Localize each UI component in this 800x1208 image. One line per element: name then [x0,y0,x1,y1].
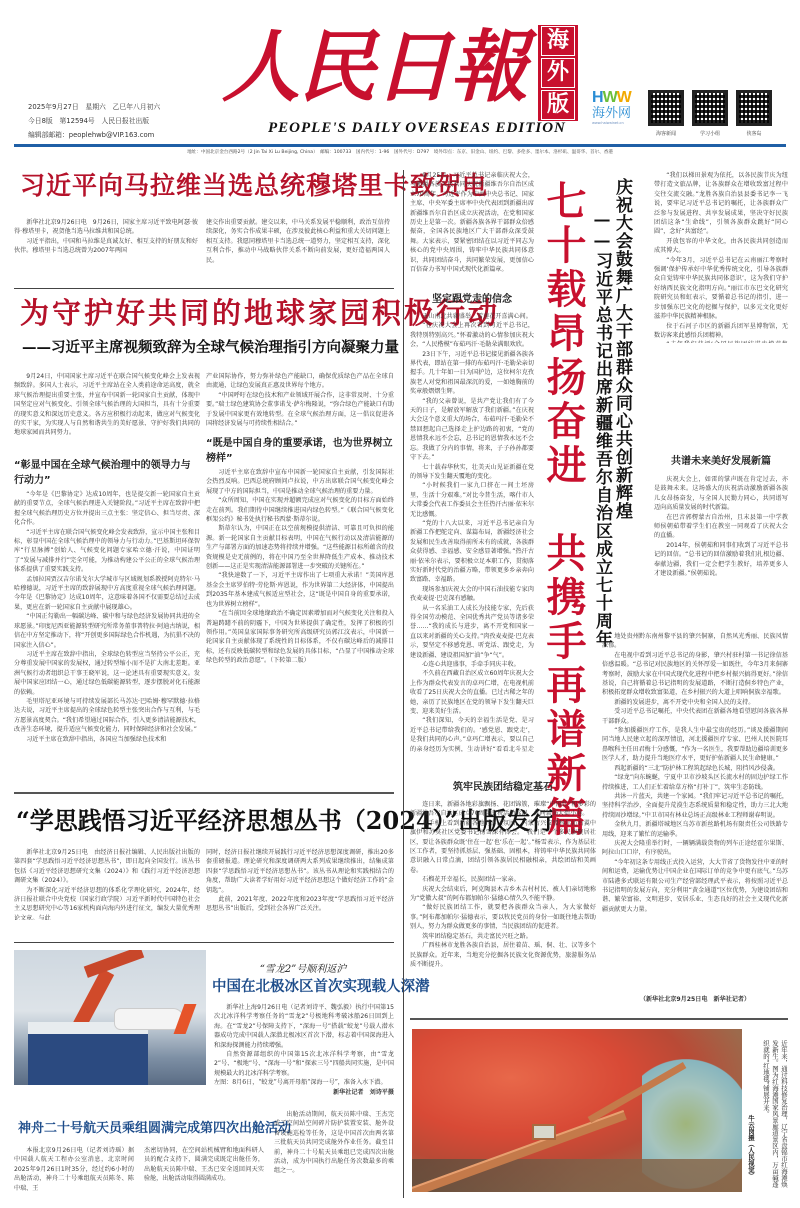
shenzhou-col1: 本报北京9月26日电（记者刘诗瑶）据中国载人航天工程办公室消息，北京时间2025… [14,1146,134,1202]
paragraph: 位于石河子市区的新疆兵团军垦博物馆，无数访客来此感悟兵团精神。 [654,322,788,341]
column-divider [403,170,404,1198]
headline-arctic: 中国在北极冰区首次实现载人深潜 [212,975,394,996]
paragraph: 在巴音郭楞蒙古自治州，且末县第一中学教师侯朝茹带着学生们在教室一同观看了庆祝大会… [654,513,788,541]
hww-url: www.haiwainet.cn [592,121,644,125]
issue-line: 今日8版 第12594号 人民日报社出版 [28,114,160,128]
divider [14,288,394,289]
arctic-photo-caption: 左图：8月6日，“蛟龙”号离开母船“深海一号”，准备入水下潜。 [214,1078,394,1088]
climate-col1-body: “今年是《巴黎协定》达成10周年，也是提交新一轮国家自主贡献的重要节点，全球气候… [14,490,200,786]
malawi-col2: 建交作出重要贡献。建交以来，中马关系发展平稳顺利，政治互信持续深化，务实合作成果… [206,218,390,270]
malawi-col1: 新华社北京9月26日电 9月26日，国家主席习近平致电阿瑟·彼得·穆塔里卡，祝贺… [14,218,198,270]
qr-label: 侠客岛 [734,130,774,137]
wetland-caption: 近年来，通过科技修复治理，辽宁省盘锦市红海滩焕发新生。图为红海滩国家风景廊道景区… [750,1040,788,1190]
paragraph: “今年初这条专用线正式投入运营，大大节省了货物发往中亚的时间和运费，运输优势让中… [602,858,788,914]
caption-text: 近年来，通过科技修复治理，辽宁省盘锦市红海滩焕发新生。图为红海滩国家风景廊道景区… [762,1040,788,1187]
paragraph: “党的十八大以来，习近平总书记亲自为新疆工作把舵定向、谋篇布局，新疆经济社会发展… [410,519,534,585]
paragraph: 石榴花开幸福长，民族团结一家亲。 [410,875,596,884]
paragraph: “我的父亲曾说，是共产党让我们有了今天的日子，是解放军解放了我们新疆。”在庆祝大… [410,397,534,463]
paragraph: 新华社上海9月26日电（记者刘诗平、魏弘毅）执行中国第15次北冰洋科学考察任务的… [214,1003,394,1050]
xinjiang-col2-top: “我们以梯田景观为依托，以各民族节庆为纽带打造文旅品牌，让各族群众在增收致富过程… [654,171,788,343]
climate-section2-title: “既是中国自身的重要承诺，也为世界树立榜样” [206,436,394,466]
qr-code-icon[interactable] [692,90,728,126]
edition-char: 海 [541,26,575,56]
paragraph: “绿龙”向东蜿蜒，宁夏中卫市沙坡头区长流水村的固边护绿工作持续推进，工人们正忙着… [602,773,788,792]
photo-detail [28,1022,148,1085]
paragraph: 斯蒂尔认为，中国正在以空前规模提供清洁、可靠且可负担的能源。新一轮国家自主贡献目… [206,524,394,571]
overseas-edition-badge: 海 外 版 [538,25,578,121]
edition-char: 外 [541,58,575,88]
xinjiang-section2-title: 筑牢民族团结稳定基石 [410,780,596,795]
xinjiang-col1-bottom: 连日来，新疆各地彩旗飘扬、花团锦簇，璀璨“中国红”和多彩的新疆维吾尔自治区成立7… [410,800,596,1008]
paragraph: 金秋九月，新疆塔城地区乌苏市新丝路机场有限责任公司铁路专用线，迎来了繁忙的运输季… [602,820,788,839]
paragraph: 23日下午，习近平总书记接见新疆各族各界代表，即站在第一排的布茹玛汗·毛勒朵亲切… [410,350,534,397]
headline-xinjiang-main: 七十载昂扬奋进 共携手再谱新篇 [540,180,586,600]
paragraph: 现场参加庆祝大会的中国石油技能专家肉孜麦麦提·巴克深有感触。 [410,585,534,604]
paragraph: 出舱活动期间，航天员陈中瑞、王杰完成了空间站空间碎片防护装置安装、舱外设备设施巡… [274,1110,394,1176]
paragraph: “中国呼吁在绿色技术和产业领域开展合作，这非常及时、十分重要。”瑞士绿色建筑协会… [206,391,394,429]
books-col1: 新华社北京9月25日电 由经济日报社编辑、人民出版社出版的第四套“学思践悟习近平… [14,848,200,920]
paragraph: 习近平主席在致辞中宣布中国新一轮国家自主贡献，引发国际社会热烈反响。巴西总统府顾… [206,468,394,496]
masthead-logo: 人民日報 [222,18,522,128]
paragraph: 庆祝大会隆重举行时，一辆辆满载货物的列车正途经霍尔果斯、阿拉山口口岸，有序驶出。 [602,839,788,858]
headline-xinjiang-sub2: ——习近平总书记出席新疆维吾尔自治区成立七十周年 [592,210,612,630]
email-line: 编辑部邮箱：peoplehwb@VIP.163.com [28,128,160,142]
climate-col2-body: 习近平主席在致辞中宣布中国新一轮国家自主贡献，引发国际社会热烈反响。巴西总统府顾… [206,468,394,786]
paragraph: 习近平主席在致辞中指出，全球绿色转型应当坚持公平公正，充分尊重发展中国家的发展权… [14,650,200,697]
paragraph: 庆祝大会上，如雷的掌声既在肯定过去，亦是鼓舞未来。这场盛大的庆祝活动激励新疆各族… [654,475,788,513]
paragraph: 开放包容的中华文化，由各民族共同创造而成其博大。 [654,237,788,256]
paragraph: 从手机上看到新疆各地的喜庆氛围，内蒙古兴安盟科尔沁右翼中旗伊和苏莫社区党委书记杨… [410,819,596,875]
paragraph: “众所周知，中国在实现并超额完成应对气候变化的目标方面始终走在前列。我们期待中国… [206,496,394,524]
paragraph: 在电视中看到习近平总书记的身影，肇兴村驻村第一书记徐信基倍感温暖。“总书记对民族… [602,651,788,698]
paragraph: “小时候我们一家九口挤在一间土坯房里，生活十分艰难。”对比今昔生活，喀什市人大常… [410,481,534,519]
paragraph: “中国正勾勒出一幅碳达峰、碳中和与绿色经济发展协同共进的全球愿景。”印度尼西亚能… [14,612,200,650]
paragraph: 自然资源部组织的中国第15次北冰洋科学考察，由“雪龙2”号、“极地”号、“深海一… [214,1050,394,1078]
paragraph: 产业国际协作，努力弥补绿色产能缺口，确保优质绿色产品在全球自由流通，让绿色发展真… [206,372,394,391]
xinjiang-section3-title: 共谱未来美好发展新篇 [654,454,788,469]
paragraph: “我快速数了一下，习近平主席作出了七项重大承诺！”美国库恩基金会主席罗伯特·劳伦… [206,571,394,609]
caption-text: 左图：8月6日，“蛟龙”号离开母船“深海一号”，准备入水下潜。 [214,1079,387,1086]
paragraph: 地处贵州黔东南州黎平县的肇兴侗寨，自然风光秀丽、民族风情浓郁。 [602,632,788,651]
books-col2: 同时，经济日报社继续开展践行习近平经济思想深度调研，推出20多套重磅报道。理论研… [206,848,394,920]
paragraph: 9月24日，中国国家主席习近平在联合国气候变化峰会上发表视频致辞。多国人士表示，… [14,372,200,438]
paragraph: 受习近平总书记嘱托，中央代表团在新疆各地看望慰问各族各界干部群众。 [602,707,788,726]
date-line: 2025年9月27日 星期六 乙巳年八月初六 [28,100,160,114]
xinjiang-col1-intro: 9月25日，习近平总书记亲临庆祝大会，与新疆各族人民共同庆祝新疆维吾尔自治区成立… [410,171,534,279]
paragraph: 不久前在西藏自治区成立60周年庆祝大会上作为群众代表发言的卓玛仁增，在电视机前收… [410,669,534,716]
paragraph: 连日来，新疆各地彩旗飘扬、花团锦簇，璀璨“中国红”和多彩的新疆维吾尔自治区成立7… [410,800,596,819]
xinjiang-col2-mid: 庆祝大会上，如雷的掌声既在肯定过去，亦是鼓舞未来。这场盛大的庆祝活动激励新疆各族… [654,475,788,625]
climate-intro: 9月24日，中国国家主席习近平在联合国气候变化峰会上发表视频致辞。多国人士表示，… [14,372,200,454]
paragraph: 建交作出重要贡献。建交以来，中马关系发展平稳顺利，政治互信持续深化，务实合作成果… [206,218,390,265]
masthead-title: 人民日報 [222,18,526,118]
divider [14,942,394,943]
headline-xinjiang-sub1: 庆祝大会鼓舞广大干部群众同心共创新辉煌 [612,178,632,498]
shenzhou-col3: 出舱活动期间，航天员陈中瑞、王杰完成了空间站空间碎片防护装置安装、舱外设备设施巡… [274,1110,394,1202]
paragraph: “做好民族团结工作，就要把各族群众当亲人，为大家做好事。”阿布都加帕尔·猛德表示… [410,903,596,931]
climate-col2-top: 产业国际协作，努力弥补绿色产能缺口，确保优质绿色产品在全球自由流通，让绿色发展真… [206,372,394,430]
paragraph: “今年3月，习近平总书记在云南丽江考察时强调‘保护传承好中华优秀传统文化，引导各… [654,256,788,322]
divider [410,1018,788,1020]
edition-char: 版 [541,90,575,120]
xinjiang-col1-body: 天山南北共襄盛举，雪莲花开喜满心间。 “在庆祝大会上再次看到习近平总书记，我特别… [410,312,534,752]
arctic-photo-credit: 新华社记者 刘诗平摄 [310,1088,394,1098]
paragraph: 孟加拉国贾汉吉尔诺戈尔大学城市与区域规划系教授阿克特尔·马哈穆德说，习近平主席的… [14,575,200,613]
paragraph: “在庆祝大会上再次看到习近平总书记，我特别特别高兴。”怀着激动的心情参加庆祝大会… [410,321,534,349]
paragraph: 2014年，侯朝茹和同事们收到了习近平总书记的回信。“总书记的回信激励着我们扎根… [654,541,788,579]
photo-detail [84,950,144,978]
climate-section1-title: “彰显中国在全球气候治理中的领导力与行动力” [14,458,200,488]
paragraph: 同时，经济日报社继续开展践行习近平经济思想深度调研，推出20多套重磅报道。理论研… [206,848,394,895]
paragraph: “习近平主席在联合国气候变化峰会发表致辞，宣示中国主张和目标，彰显中国在全球气候… [14,528,200,575]
xinjiang-col2-bottom: 地处贵州黔东南州黎平县的肇兴侗寨，自然风光秀丽、民族风情浓郁。 在电视中看到习近… [602,632,788,994]
paragraph: 七十载春华秋实，壮美天山见证新疆在党的领导下发生翻天覆地的变化。 [410,463,534,482]
paragraph: 西起新疆的“三北”防护林工程筑起绿色长城，阻挡风沙侵袭。 [602,764,788,773]
paragraph: “参加援疆医疗工作，是我人生中最宝贵的经历。”谈及援疆期间同当地人民建立起的深厚… [602,726,788,764]
qr-label: 海客新闻 [646,130,686,137]
paragraph: 从一名采油工人成长为技能专家，先后获得全国劳动模范、全国优秀共产党员等诸多荣誉…… [410,604,534,660]
paragraph: “我们深知，今天的幸福生活是党、是习近平总书记带给我们的。‘感党恩、跟党走’，是… [410,716,534,752]
paragraph: 庆祝大会结束后，阿克陶县木吉乡木吉村村民、被人们亲切地称为“党徽大叔”的阿布都加… [410,885,596,904]
issue-meta: 2025年9月27日 星期六 乙巳年八月初六 今日8版 第12594号 人民日报… [28,100,160,142]
paragraph: 新华社北京9月26日电 9月26日，国家主席习近平致电阿瑟·彼得·穆塔里卡，祝贺… [14,218,198,237]
photo-jiaolong-submersible [14,950,206,1085]
paragraph: 毛里塔尼亚环境与可持续发展部长马苏达·巴哈姆·穆罕默德·拉格达夫说，习近平主席提… [14,697,200,735]
paragraph: 此前，2021年度、2022年度和2023年度“学思践悟习近平经济思想丛书”出版… [206,895,394,914]
paragraph: 为不断深化习近平经济思想的体系化学理化研究，2024年，经济日报社联合中央党校（… [14,886,200,920]
paragraph: 杰密切协同，在空间站机械臂和地面科研人员的配合支持下，圆满完成既定出舱任务，出舱… [144,1146,264,1184]
paragraph: “去年我们获评‘全国民族团结进步模范集体’，这是对博物馆长期以来弘扬兵团精神、促… [654,340,788,343]
qr-code-icon[interactable] [736,90,772,126]
paragraph: 共沐一片蓝天，共建一个家园。“我们牢记习近平总书记的嘱托，坚持科学治沙，全面提升… [602,792,788,820]
photo-red-beach-wetland [412,1029,742,1192]
paragraph: 心连心共迎盛事，手牵手同庆丰收。 [410,660,534,669]
paragraph: “今年是《巴黎协定》达成10周年，也是提交新一轮国家自主贡献的重要节点，全球气候… [14,490,200,528]
paragraph: 本报北京9月26日电（记者刘诗瑶）据中国载人航天工程办公室消息，北京时间2025… [14,1146,134,1193]
paragraph: “我们以梯田景观为依托，以各民族节庆为纽带打造文旅品牌，让各族群众在增收致富过程… [654,171,788,237]
paragraph: 习近平主席在致辞中指出，各国应当加强绿色技术和 [14,735,200,744]
shenzhou-col2: 杰密切协同，在空间站机械臂和地面科研人员的配合支持下，圆满完成既定出舱任务，出舱… [144,1146,264,1202]
qr-label: 学习小组 [690,130,730,137]
divider [14,792,394,794]
photo-detail [114,1008,184,1030]
subheadline-climate: ——习近平主席视频致辞为全球气候治理指引方向凝聚力量 [22,338,399,358]
masthead-english-title: PEOPLE'S DAILY OVERSEAS EDITION [268,120,566,137]
paragraph: 新疆的发展进步，离不开党中央和全国人民的支持。 [602,698,788,707]
paragraph: 广西桂林市龙胜各族自治县，居住着苗、瑶、侗、壮、汉等多个民族群众。近年来，当地充… [410,941,596,969]
hww-logo-text: HWW [592,90,644,106]
paragraph: 天山南北共襄盛举，雪莲花开喜满心间。 [410,312,534,321]
paragraph: 习近平指出，中国和马拉维是真诚友好、相互支持的好朋友和好伙伴。穆塔里卡当选总统曾… [14,237,198,256]
photo-detail [532,1124,556,1140]
hww-cn: 海外网 [592,106,644,121]
paragraph: 9月25日，习近平总书记亲临庆祝大会，与新疆各族人民共同庆祝新疆维吾尔自治区成立… [410,171,534,274]
paragraph: “在当前因全球地缘政治不确定因素增加而对气候变化关注和投入普遍踌躇不前的阴霾下，… [206,609,394,665]
arctic-kicker: “雪龙2”号顺利返沪 [212,960,394,975]
paragraph: 新华社北京9月25日电 由经济日报社编辑、人民出版社出版的第四套“学思践悟习近平… [14,848,200,886]
paragraph: 筑牢团结稳定基石，共走富民兴旺之路。 [410,932,596,941]
arctic-body: 新华社上海9月26日电（记者刘诗平、魏弘毅）执行中国第15次北冰洋科学考察任务的… [214,1003,394,1079]
wetland-credit: 牛云岗摄（人民视觉） [746,1115,755,1195]
xinjiang-dateline: （新华社北京9月25日电 新华社记者） [602,995,788,1005]
headline-shenzhou: 神舟二十号航天员乘组圆满完成第四次出舱活动 [18,1117,268,1136]
xinjiang-section1-title: 坚定跟党走的信念 [410,292,534,307]
masthead-rule [14,144,786,147]
qr-code-icon[interactable] [648,90,684,126]
haiwainet-logo[interactable]: HWW 海外网 www.haiwainet.cn [592,90,644,125]
address-line: 地址：中国北京金台西路2号（2 Jin Tai Xi Lu Beijing, C… [0,149,800,155]
